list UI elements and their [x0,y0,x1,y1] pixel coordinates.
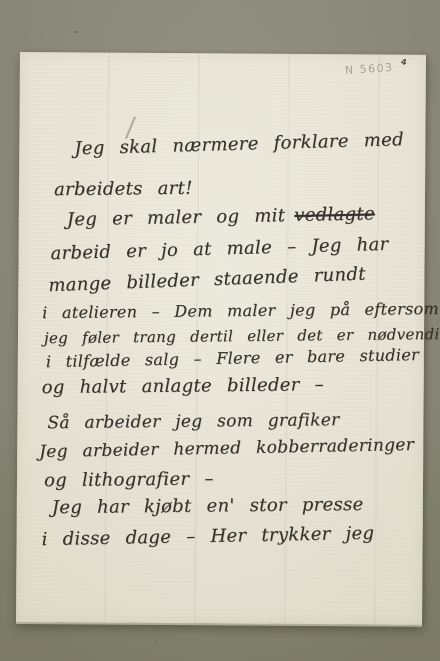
line-text: Så arbeider jeg som grafiker [47,410,339,433]
handwriting-line-3: Jeg er maler og mitvedlagte [67,203,375,230]
handwriting-line-6: i atelieren – Dem maler jeg på eftersom [42,299,439,322]
struck-out-word: vedlagte [294,203,375,226]
line-text: arbeidets art! [54,178,193,200]
handwriting-line-4: arbeid er jo at male – Jeg har [50,234,388,264]
line-text: i disse dage – Her trykker jeg [41,523,374,550]
handwriting-line-11: Jeg arbeider hermed kobberraderinger [39,435,414,462]
line-text: Jeg arbeider hermed kobberraderinger [39,435,414,462]
letter-paper: N 5603 4 Jeg skal nærmere forklare med a… [16,52,426,625]
handwriting-line-5: mange billeder staaende rundt [48,264,366,297]
handwriting-line-13: Jeg har kjøbt en' stor presse [52,494,364,518]
line-text: i tilfælde salg – Flere er bare studier [46,345,420,371]
line-text: arbeid er jo at male – Jeg har [50,234,388,264]
line-text: og halvt anlagte billeder – [42,374,324,398]
page-corner-mark: 4 [400,57,407,67]
line-text: jeg føler trang dertil eller det er nødv… [44,325,440,347]
handwriting-line-12: og lithografier – [44,468,214,491]
line-text: og lithografier – [44,468,214,491]
handwriting-line-9: og halvt anlagte billeder – [42,374,324,398]
handwriting-line-14: i disse dage – Her trykker jeg [41,523,374,550]
background-speck [155,642,157,644]
handwriting-line-7: jeg føler trang dertil eller det er nødv… [44,325,440,347]
handwriting-line-2: arbeidets art! [54,178,193,200]
line-text: i atelieren – Dem maler jeg på eftersom [42,299,439,322]
line-text: Jeg har kjøbt en' stor presse [52,494,364,518]
letter-photograph: N 5603 4 Jeg skal nærmere forklare med a… [0,0,440,661]
handwriting-line-1: Jeg skal nærmere forklare med [74,129,404,159]
line-text: Jeg skal nærmere forklare med [74,129,404,159]
archive-number-annotation: N 5603 [345,61,394,77]
handwriting-line-10: Så arbeider jeg som grafiker [47,410,339,433]
line-text: mange billeder staaende rundt [48,264,366,297]
background-speck [74,31,77,33]
line-text: Jeg er maler og mit [67,205,286,230]
handwriting-line-8: i tilfælde salg – Flere er bare studier [46,345,420,371]
